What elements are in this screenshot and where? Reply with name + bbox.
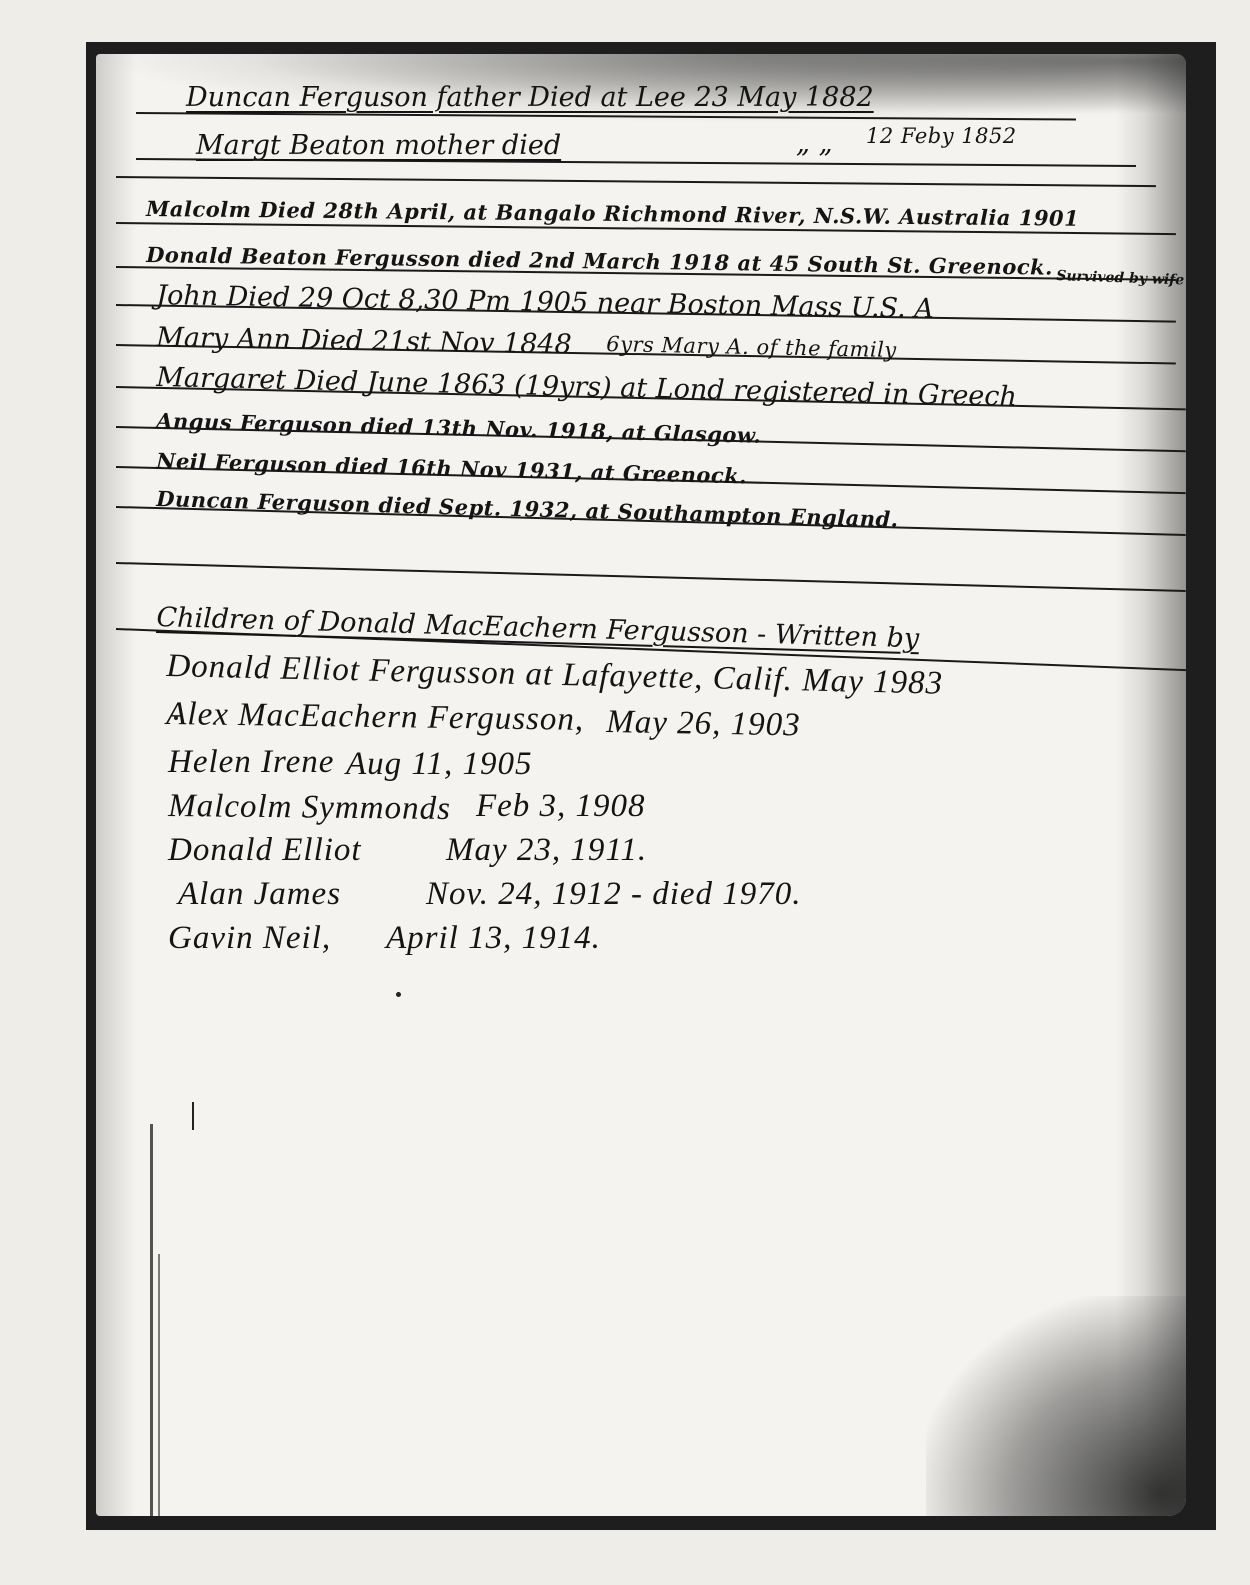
child-name: Alex MacEachern Fergusson, bbox=[166, 696, 584, 739]
child-name: Donald Elliot bbox=[168, 832, 362, 869]
ditto-marks: „ „ bbox=[796, 128, 833, 159]
page-paper: Duncan Ferguson father Died at Lee 23 Ma… bbox=[96, 54, 1186, 1516]
mother-death-date: 12 Feby 1852 bbox=[866, 124, 1017, 148]
child-birth-date: May 23, 1911. bbox=[446, 832, 647, 869]
stray-mark bbox=[192, 1102, 194, 1130]
child-birth-date: Feb 3, 1908 bbox=[476, 788, 646, 825]
fold-mark bbox=[150, 1124, 153, 1516]
fold-mark bbox=[158, 1254, 160, 1516]
death-entry-margaret: Margaret Died June 1863 (19yrs) at Lond … bbox=[156, 362, 1017, 413]
death-entry-neil: Neil Ferguson died 16th Nov 1931, at Gre… bbox=[156, 448, 747, 488]
death-entry-duncan: Duncan Ferguson died Sept. 1932, at Sout… bbox=[156, 486, 899, 532]
stray-mark bbox=[174, 716, 178, 720]
child-name: Helen Irene bbox=[168, 744, 334, 781]
photocopy-noise-corner bbox=[926, 1296, 1186, 1516]
stray-mark bbox=[396, 992, 401, 997]
mother-text: Margt Beaton mother died bbox=[196, 130, 561, 161]
child-name: Malcolm Symmonds bbox=[168, 788, 451, 828]
photocopy-noise-left bbox=[96, 54, 136, 1516]
child-name: Gavin Neil, bbox=[168, 920, 331, 957]
children-heading: Children of Donald MacEachern Fergusson … bbox=[156, 602, 920, 654]
child-birth-date: Aug 11, 1905 bbox=[346, 746, 532, 783]
death-entry-angus: Angus Ferguson died 13th Nov. 1918, at G… bbox=[156, 408, 762, 448]
header-line-father: Duncan Ferguson father Died at Lee 23 Ma… bbox=[186, 82, 874, 113]
mary-ann-text: Mary Ann Died 21st Nov 1848 bbox=[156, 322, 572, 360]
death-entry-john: John Died 29 Oct 8,30 Pm 1905 near Bosto… bbox=[156, 280, 934, 325]
mary-ann-note: 6yrs Mary A. of the family bbox=[606, 332, 897, 362]
child-birth-date: April 13, 1914. bbox=[386, 920, 601, 957]
child-birth-date: May 26, 1903 bbox=[606, 704, 801, 744]
ruled-line bbox=[116, 562, 1186, 592]
ruled-line bbox=[116, 176, 1156, 187]
photocopied-page: Duncan Ferguson father Died at Lee 23 Ma… bbox=[86, 42, 1216, 1530]
child-birth-date: Nov. 24, 1912 - died 1970. bbox=[426, 876, 802, 913]
child-name: Alan James bbox=[178, 876, 341, 913]
death-entry-donald-beaton: Donald Beaton Fergusson died 2nd March 1… bbox=[146, 242, 1053, 280]
